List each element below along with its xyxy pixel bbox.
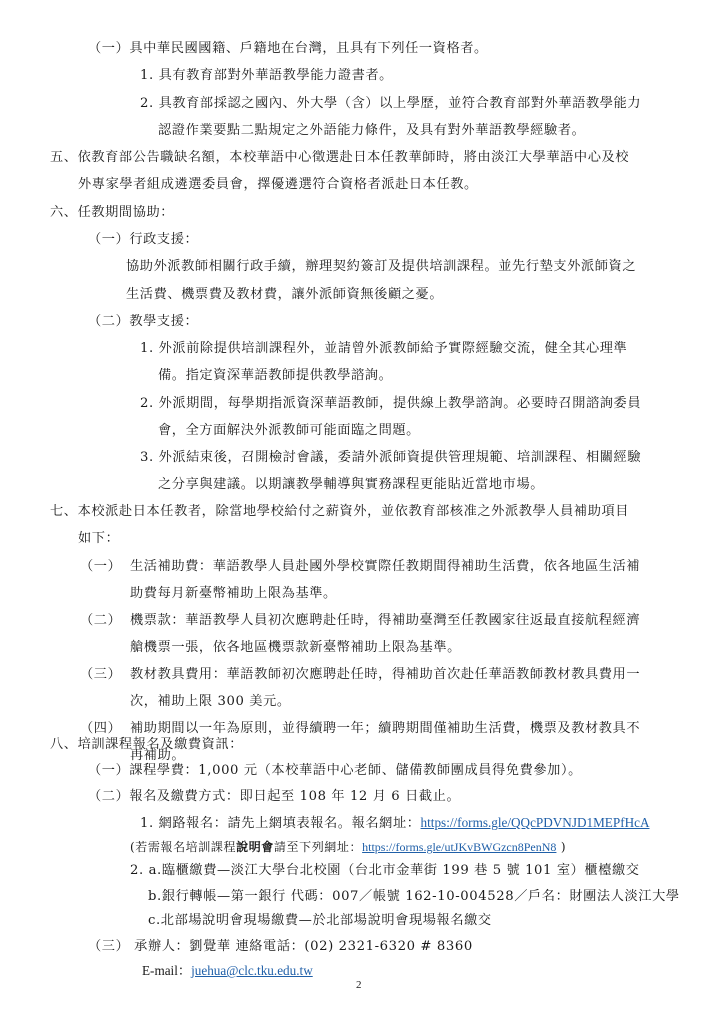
subsidy-1-line-2: 助費每月新臺幣補助上限為基準。: [130, 585, 337, 603]
section-6-title: 六、任教期間協助：: [50, 204, 174, 222]
briefing-mid: 請至下列網址：: [274, 840, 362, 854]
section-5-line-2: 外專家學者組成遴選委員會，擇優遴選符合資格者派赴日本任教。: [78, 176, 478, 194]
subsidy-2-line-1: 機票款：華語教學人員初次應聘赴任時，得補助臺灣至任教國家往返最直接航程經濟: [130, 612, 640, 630]
payment-bank: b.銀行轉帳—第一銀行 代碼：007／帳號 162-10-004528／戶名：財…: [148, 888, 680, 906]
contact-info: （三） 承辦人：劉覺華 連絡電話：(02) 2321-6320 # 8360: [88, 938, 473, 956]
admin-support-line-1: 協助外派教師相關行政手續，辦理契約簽訂及提供培訓課程。並先行墊支外派師資之: [126, 258, 636, 276]
teaching-support-2: 2. 外派期間，每學期指派資深華語教師，提供線上教學諮詢。必要時召開諮詢委員: [140, 395, 641, 413]
briefing-link[interactable]: https://forms.gle/utJKvBWGzcn8PenN8: [362, 840, 556, 854]
subsidy-3-label: （三）: [80, 666, 121, 684]
page-number: 2: [356, 979, 362, 991]
briefing-bold: 說明會: [236, 840, 274, 854]
section-8-title: 八、培訓課程報名及繳費資訊：: [50, 736, 243, 754]
email-line: E-mail：juehua@clc.tku.edu.tw: [142, 962, 313, 981]
subsidy-3-line-2: 次，補助上限 300 美元。: [130, 693, 291, 711]
admin-support-line-2: 生活費、機票費及教材費，讓外派師資無後顧之憂。: [126, 286, 443, 304]
course-fee: （一）課程學費：1,000 元（本校華語中心老師、儲備教師團成員得免費參加）。: [88, 762, 582, 780]
email-link[interactable]: juehua@clc.tku.edu.tw: [191, 963, 313, 978]
email-label: E-mail：: [142, 963, 191, 978]
section-7-line-1: 七、本校派赴日本任教者，除當地學校給付之薪資外，並依教育部核准之外派教學人員補助…: [50, 503, 629, 521]
online-registration-text: 1. 網路報名：請先上網填表報名。報名網址：: [140, 816, 421, 831]
subsidy-1-label: （一）: [80, 558, 121, 576]
registration-deadline: （二）報名及繳費方式：即日起至 108 年 12 月 6 日截止。: [88, 788, 460, 806]
teaching-support-1: 1. 外派前除提供培訓課程外，並請曾外派教師給予實際經驗交流，健全其心理準: [140, 340, 627, 358]
section-7-line-2: 如下：: [78, 530, 119, 548]
briefing-registration: (若需報名培訓課程說明會請至下列網址：https://forms.gle/utJ…: [130, 838, 566, 856]
subsidy-1-line-1: 生活補助費：華語教學人員赴國外學校實際任教期間得補助生活費，依各地區生活補: [130, 558, 640, 576]
teaching-support-title: （二）教學支援：: [88, 313, 198, 331]
online-registration: 1. 網路報名：請先上網填表報名。報名網址：https://forms.gle/…: [140, 814, 650, 833]
admin-support-title: （一）行政支援：: [88, 231, 198, 249]
briefing-prefix: (若需報名培訓課程: [130, 840, 236, 854]
teaching-support-3: 3. 外派結束後，召開檢討會議，委請外派師資提供管理規範、培訓課程、相關經驗: [140, 449, 641, 467]
payment-onsite: c.北部場說明會現場繳費—於北部場說明會現場報名繳交: [148, 912, 492, 930]
teaching-support-1-cont: 備。指定資深華語教師提供教學諮詢。: [158, 367, 392, 385]
teaching-support-2-cont: 會，全方面解決外派教師可能面臨之問題。: [158, 422, 420, 440]
subsidy-2-label: （二）: [80, 612, 121, 630]
subsidy-3-line-1: 教材教具費用：華語教師初次應聘赴任時，得補助首次赴任華語教師教材教具費用一: [130, 666, 640, 684]
payment-counter: 2. a.臨櫃繳費—淡江大學台北校園（台北市金華街 199 巷 5 號 101 …: [130, 862, 640, 880]
subsidy-2-line-2: 艙機票一張，依各地區機票款新臺幣補助上限為基準。: [130, 639, 461, 657]
teaching-support-3-cont: 之分享與建議。以期讓教學輔導與實務課程更能貼近當地市場。: [158, 476, 544, 494]
qualification-2-cont: 認證作業要點二點規定之外語能力條件，及具有對外華語教學經驗者。: [158, 122, 585, 140]
briefing-suffix: ): [556, 840, 566, 854]
qualification-intro: （一）具中華民國國籍、戶籍地在台灣，且具有下列任一資格者。: [88, 40, 488, 58]
section-5-line-1: 五、依教育部公告職缺名額，本校華語中心徵選赴日本任教華師時，將由淡江大學華語中心…: [50, 149, 629, 167]
qualification-1: 1. 具有教育部對外華語教學能力證書者。: [140, 67, 393, 85]
qualification-2: 2. 具教育部採認之國內、外大學（含）以上學歷，並符合教育部對外華語教學能力: [140, 95, 641, 113]
registration-link[interactable]: https://forms.gle/QQcPDVNJD1MEPfHcA: [421, 815, 650, 830]
